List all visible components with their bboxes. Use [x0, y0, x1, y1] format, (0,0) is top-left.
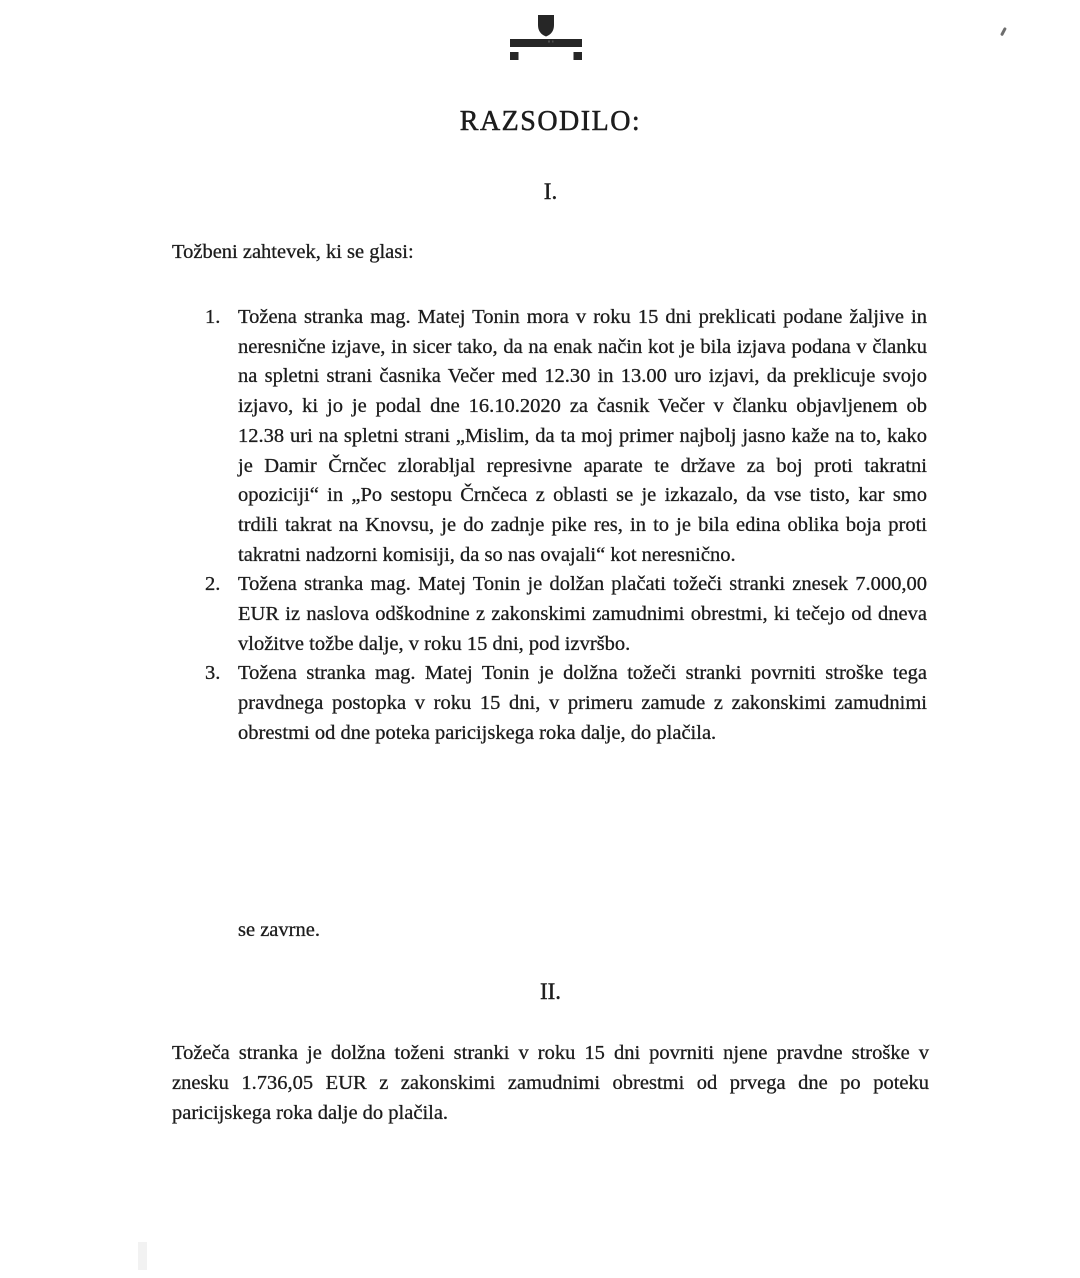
claim-number: 1.	[205, 303, 238, 570]
section-two-numeral: II.	[172, 979, 929, 1005]
claim-text: Tožena stranka mag. Matej Tonin je dolžn…	[238, 659, 927, 748]
closing-clause: se zavrne.	[238, 919, 320, 942]
claim-item-1: 1. Tožena stranka mag. Matej Tonin mora …	[205, 303, 927, 570]
costs-paragraph: Tožeča stranka je dolžna toženi stranki …	[172, 1039, 929, 1128]
claim-number: 3.	[205, 659, 238, 748]
scanned-judgment-page: RAZSODILO: I. Tožbeni zahtevek, ki se gl…	[0, 0, 1080, 1278]
scan-smudge-artifact	[138, 1242, 147, 1270]
section-one-numeral: I.	[172, 179, 929, 205]
claims-list: 1. Tožena stranka mag. Matej Tonin mora …	[205, 303, 927, 749]
claim-intro-text: Tožbeni zahtevek, ki se glasi:	[172, 241, 929, 264]
claim-text: Tožena stranka mag. Matej Tonin je dolža…	[238, 570, 927, 659]
court-shield-emblem-icon	[507, 14, 585, 62]
claim-text: Tožena stranka mag. Matej Tonin mora v r…	[238, 303, 927, 570]
claim-item-3: 3. Tožena stranka mag. Matej Tonin je do…	[205, 659, 927, 748]
claim-number: 2.	[205, 570, 238, 659]
claim-item-2: 2. Tožena stranka mag. Matej Tonin je do…	[205, 570, 927, 659]
pen-speck-artifact-icon	[1000, 27, 1006, 36]
page-title: RAZSODILO:	[172, 106, 929, 138]
